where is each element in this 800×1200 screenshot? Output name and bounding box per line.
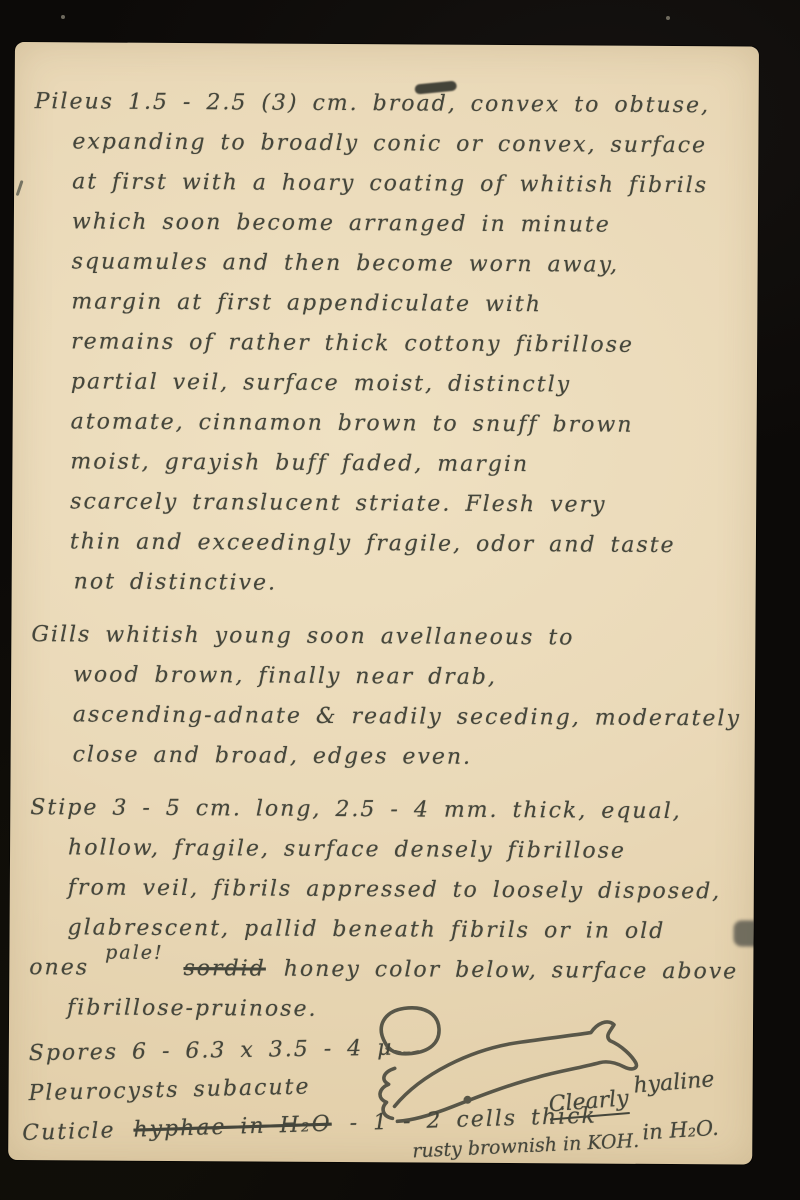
pileus-line: expanding to broadly conic or convex, su… xyxy=(72,122,758,166)
corrected-line-pre: ones xyxy=(29,955,89,980)
pileus-line: not distinctive. xyxy=(74,562,756,606)
stipe-line: hollow, fragile, surface densely fibrill… xyxy=(68,828,754,872)
corrected-line-post: honey color below, surface above xyxy=(284,957,739,985)
dust-speck xyxy=(666,16,670,20)
gills-line: close and broad, edges even. xyxy=(73,735,755,779)
inserted-word: pale! xyxy=(105,942,164,964)
pileus-line: scarcely translucent striate. Flesh very xyxy=(70,482,756,526)
pileus-line: partial veil, surface moist, distinctly xyxy=(71,362,757,406)
gills-heading-line: Gills whitish young soon avellaneous to xyxy=(31,615,755,659)
hyaline-word: hyaline xyxy=(633,1067,716,1098)
h2o-note: in H₂O. xyxy=(642,1116,720,1145)
struck-phrase: hyphae in H₂O xyxy=(133,1112,332,1143)
stipe-corrected-line: ones pale! sordid honey color below, sur… xyxy=(29,948,753,992)
pileus-line: at first with a hoary coating of whitish… xyxy=(72,162,758,206)
pileus-line: squamules and then become worn away, xyxy=(72,242,758,286)
cuticle-word: Cuticle xyxy=(22,1118,116,1146)
gills-section: Gills whitish young soon avellaneous to … xyxy=(11,615,756,780)
pileus-line: moist, grayish buff faded, margin xyxy=(70,442,756,486)
stipe-line: glabrescent, pallid beneath fibrils or i… xyxy=(67,908,753,952)
photo-background: Pileus 1.5 - 2.5 (3) cm. broad, convex t… xyxy=(0,0,800,1200)
dust-speck xyxy=(61,15,65,19)
handwritten-text: Pileus 1.5 - 2.5 (3) cm. broad, convex t… xyxy=(8,82,759,1159)
pileus-line: atomate, cinnamon brown to snuff brown xyxy=(71,402,757,446)
stipe-line: from veil, fibrils appressed to loosely … xyxy=(68,868,754,912)
pileus-heading-line: Pileus 1.5 - 2.5 (3) cm. broad, convex t… xyxy=(35,82,759,126)
stipe-heading-line: Stipe 3 - 5 cm. long, 2.5 - 4 mm. thick,… xyxy=(30,788,754,832)
gills-line: wood brown, finally near drab, xyxy=(73,655,755,699)
pileus-section: Pileus 1.5 - 2.5 (3) cm. broad, convex t… xyxy=(12,82,759,607)
gills-line: ascending-adnate & readily seceding, mod… xyxy=(73,695,755,739)
pileus-line: thin and exceedingly fragile, odor and t… xyxy=(70,522,756,566)
pileus-line: remains of rather thick cottony fibrillo… xyxy=(71,322,757,366)
stipe-section: Stipe 3 - 5 cm. long, 2.5 - 4 mm. thick,… xyxy=(9,788,754,1033)
pileus-line: which soon become arranged in minute xyxy=(72,202,758,246)
struck-word: sordid xyxy=(183,956,265,982)
index-card: Pileus 1.5 - 2.5 (3) cm. broad, convex t… xyxy=(8,42,759,1165)
pileus-line: margin at first appendiculate with xyxy=(71,282,757,326)
